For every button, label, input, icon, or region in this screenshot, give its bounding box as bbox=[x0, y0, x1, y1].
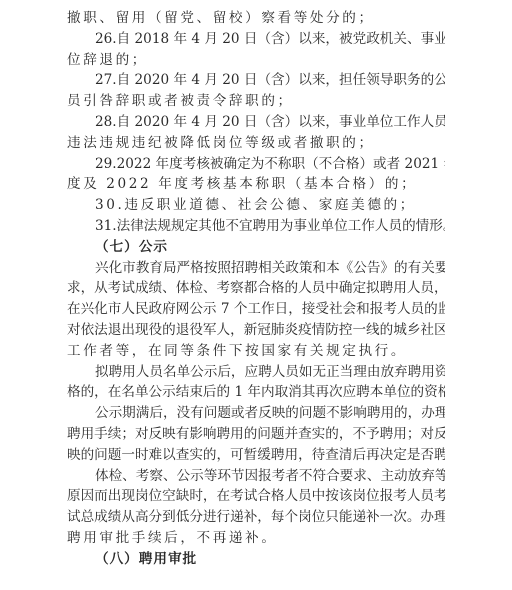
text-line: 违法违规违纪被降低岗位等级或者撤职的； bbox=[67, 133, 445, 154]
list-item-29: 29.2022 年度考核被确定为不称职（不合格）或者 2021 年 bbox=[67, 154, 445, 175]
paragraph-line: 求，从考试成绩、体检、考察都合格的人员中确定拟聘用人员， bbox=[67, 278, 445, 299]
paragraph-line: 工作者等，在同等条件下按国家有关规定执行。 bbox=[67, 341, 445, 362]
paragraph-line: 聘用手续；对反映有影响聘用的问题并查实的，不予聘用；对反 bbox=[67, 424, 445, 445]
paragraph-line: 在兴化市人民政府网公示 7 个工作日，接受社会和报考人员的监督。 bbox=[67, 299, 445, 320]
paragraph-line: 对依法退出现役的退役军人，新冠肺炎疫情防控一线的城乡社区 bbox=[67, 320, 445, 341]
text-line: 位辞退的； bbox=[67, 50, 445, 71]
paragraph-line: 公示期满后，没有问题或者反映的问题不影响聘用的，办理 bbox=[67, 403, 445, 424]
paragraph-line: 拟聘用人员名单公示后，应聘人员如无正当理由放弃聘用资 bbox=[67, 362, 445, 383]
section-heading-publicity: （七）公示 bbox=[67, 237, 445, 258]
paragraph-line: 聘用审批手续后，不再递补。 bbox=[67, 528, 445, 549]
list-item-28: 28.自 2020 年 4 月 20 日（含）以来，事业单位工作人员因 bbox=[67, 112, 445, 133]
list-item-27: 27.自 2020 年 4 月 20 日（含）以来，担任领导职务的公务 bbox=[67, 70, 445, 91]
paragraph-line: 兴化市教育局严格按照招聘相关政策和本《公告》的有关要 bbox=[67, 258, 445, 279]
section-heading-approval: （八）聘用审批 bbox=[67, 549, 445, 570]
paragraph-line: 体检、考察、公示等环节因报考者不符合要求、主动放弃等 bbox=[67, 466, 445, 487]
list-item-30: 30.违反职业道德、社会公德、家庭美德的； bbox=[67, 195, 445, 216]
list-item-31: 31.法律法规规定其他不宜聘用为事业单位工作人员的情形。 bbox=[67, 216, 445, 237]
list-item-26: 26.自 2018 年 4 月 20 日（含）以来，被党政机关、事业单 bbox=[67, 29, 445, 50]
paragraph-line: 试总成绩从高分到低分进行递补，每个岗位只能递补一次。办理 bbox=[67, 507, 445, 528]
text-line: 撤职、留用（留党、留校）察看等处分的； bbox=[67, 8, 445, 29]
document-page: 撤职、留用（留党、留校）察看等处分的； 26.自 2018 年 4 月 20 日… bbox=[67, 8, 445, 570]
paragraph-line: 映的问题一时难以查实的，可暂缓聘用，待查清后再决定是否聘用。 bbox=[67, 445, 445, 466]
text-line: 度及 2022 年度考核基本称职（基本合格）的； bbox=[67, 174, 445, 195]
text-line: 员引咎辞职或者被责令辞职的； bbox=[67, 91, 445, 112]
paragraph-line: 格的，在名单公示结束后的 1 年内取消其再次应聘本单位的资格。 bbox=[67, 382, 445, 403]
paragraph-line: 原因而出现岗位空缺时，在考试合格人员中按该岗位报考人员考 bbox=[67, 486, 445, 507]
